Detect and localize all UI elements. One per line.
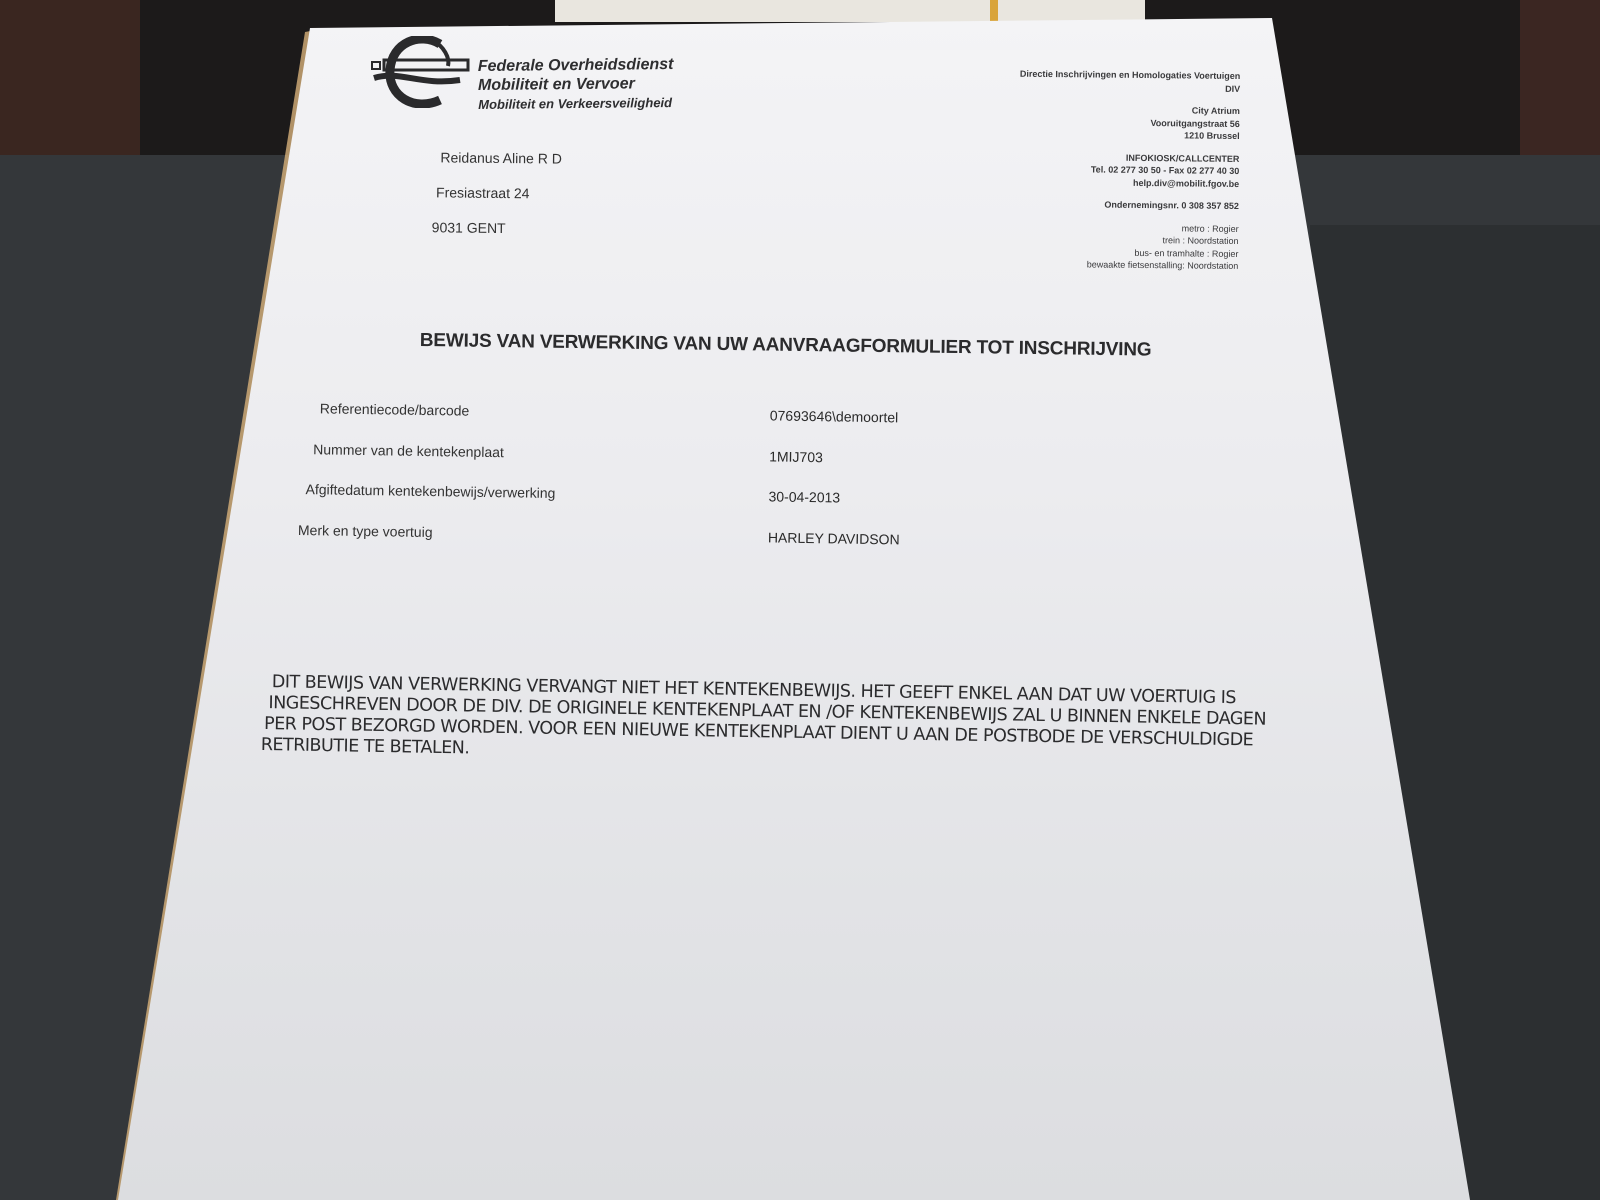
document-title: BEWIJS VAN VERWERKING VAN UW AANVRAAGFOR… <box>420 330 1152 362</box>
detail-label: Merk en type voertuig <box>298 521 433 539</box>
document-content: Federale Overheidsdienst Mobiliteit en V… <box>0 0 1600 1200</box>
detail-value: 07693646\demoortel <box>770 407 899 425</box>
directorate: Directie Inschrijvingen en Homologaties … <box>1019 68 1240 83</box>
org-line-2: Mobiliteit en Vervoer <box>478 74 674 95</box>
addressee-name: Reidanus Aline R D <box>440 149 562 185</box>
org-line-1: Federale Overheidsdienst <box>478 55 674 76</box>
notice-paragraph: DIT BEWIJS VAN VERWERKING VERVANGT NIET … <box>261 672 1302 773</box>
transport-bike-parking: bewaakte fietsenstalling: Noordstation <box>1018 258 1239 273</box>
detail-value: 1MIJ703 <box>769 448 823 465</box>
details-table: Referentiecode/barcode 07693646\demoorte… <box>297 400 999 573</box>
detail-value: HARLEY DAVIDSON <box>768 529 900 547</box>
detail-label: Afgiftedatum kentekenbewijs/verwerking <box>305 481 555 501</box>
addressee-block: Reidanus Aline R D Fresiastraat 24 9031 … <box>439 149 561 255</box>
fod-mobility-logo-icon <box>370 36 470 108</box>
addressee-city: 9031 GENT <box>431 219 561 255</box>
sender-block: Directie Inschrijvingen en Homologaties … <box>1018 68 1240 273</box>
detail-value: 30-04-2013 <box>768 488 840 505</box>
detail-label: Referentiecode/barcode <box>320 400 470 418</box>
organisation-name: Federale Overheidsdienst Mobiliteit en V… <box>478 55 674 114</box>
photo-scene: Federale Overheidsdienst Mobiliteit en V… <box>0 0 1600 1200</box>
addressee-street: Fresiastraat 24 <box>436 184 562 220</box>
org-line-3: Mobiliteit en Verkeersveiligheid <box>478 93 674 114</box>
detail-label: Nummer van de kentekenplaat <box>313 441 504 460</box>
